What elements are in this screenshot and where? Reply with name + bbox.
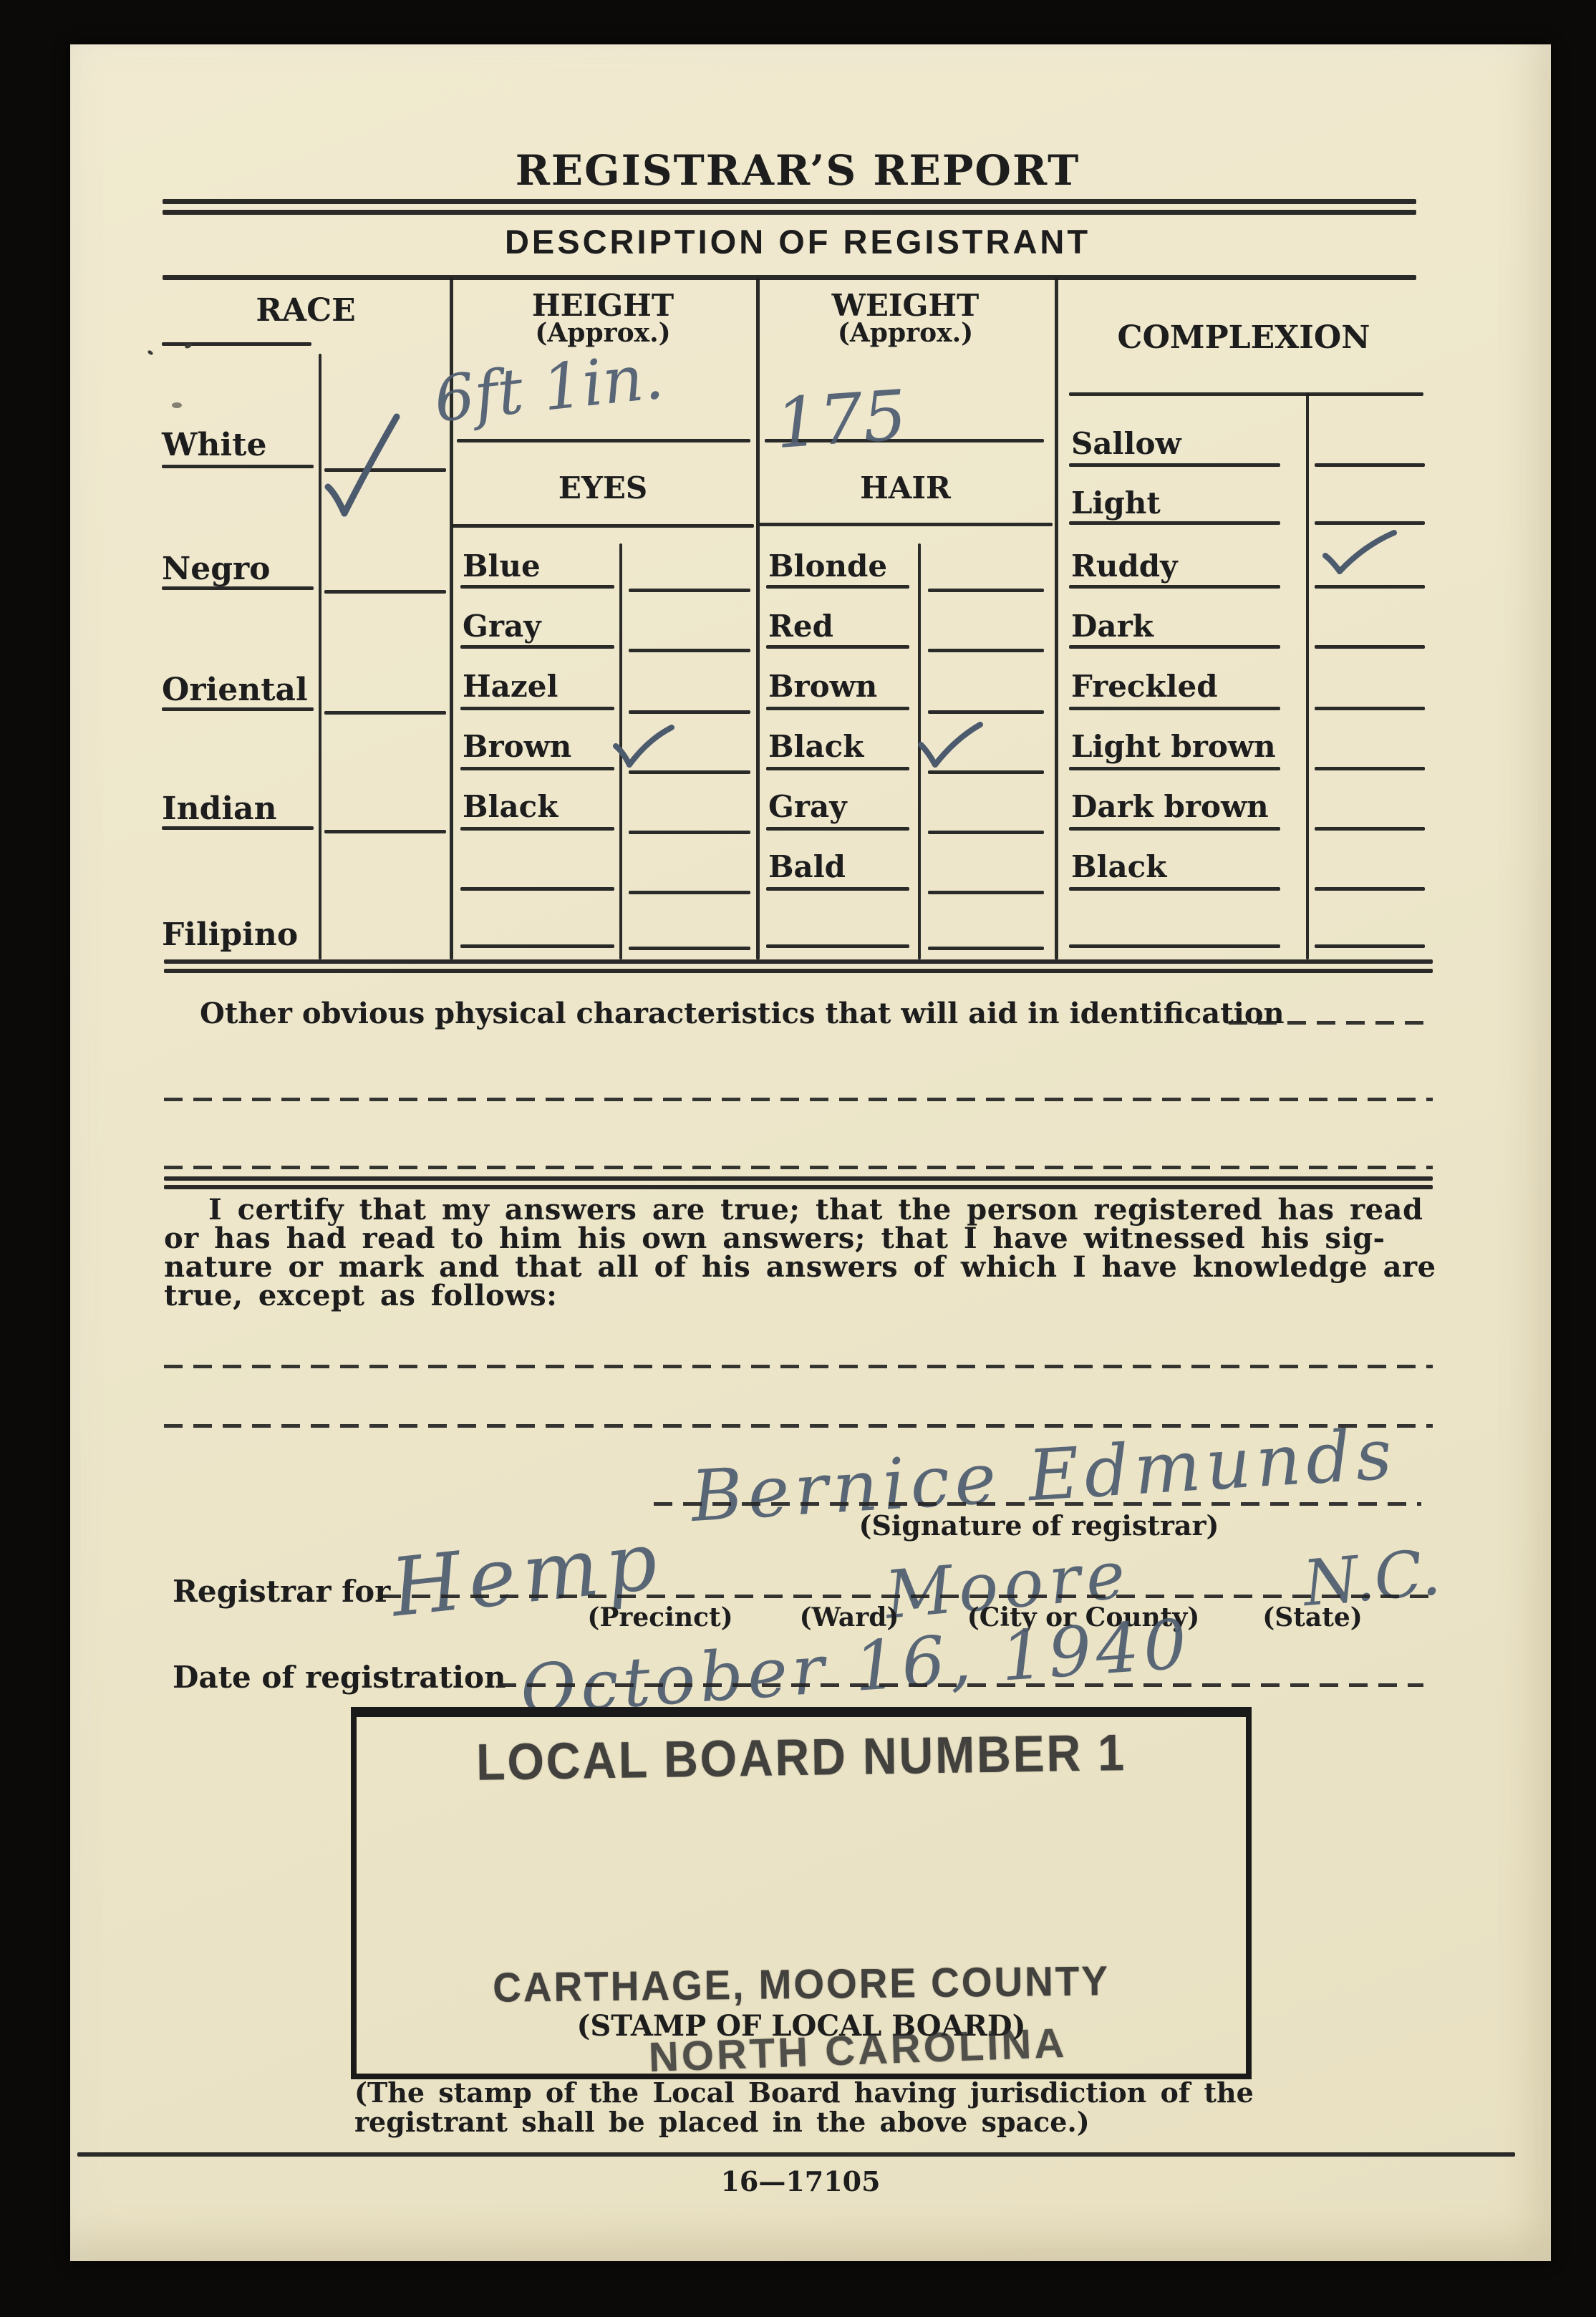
height-value: 6ft 1in. [430,339,667,437]
height-weight-border [756,278,760,959]
complexion-check-line [1315,827,1425,831]
date-of-registration-label: Date of registration [173,1660,506,1695]
complexion-check-line [1315,944,1425,948]
complexion-option-label: Dark brown [1071,789,1269,824]
eyes-header: EYES [450,470,756,506]
complexion-check-line [1315,463,1425,467]
scanned-draft-card: REGISTRAR’S REPORT DESCRIPTION OF REGIST… [0,0,1596,2317]
registrar-for-line [382,1595,1433,1598]
eyes-header-rule [452,524,754,528]
complexion-header: COMPLEXION [1055,319,1433,356]
race-check-line [324,590,446,594]
race-option-label: Indian [162,790,277,827]
race-row-line [162,707,314,711]
header-rule-top [163,199,1416,204]
eyes-row-line [460,585,614,589]
complexion-row-line [1069,645,1280,649]
weight-value: 175 [773,375,909,465]
eyes-check-line [629,649,750,652]
complexion-option-label: Light brown [1071,729,1276,764]
answer-dashed-line [164,1166,1433,1169]
hair-header-rule [759,523,1053,526]
stamp-note-line1: (The stamp of the Local Board having jur… [354,2076,1254,2109]
race-header: RACE [162,292,450,329]
hair-option-label: Gray [768,789,847,824]
race-option-label: Filipino [162,916,298,953]
answer-dashed-line [164,1098,1433,1101]
eyes-row-line [460,645,614,649]
hair-check-line [928,831,1044,834]
race-row-line [162,586,314,590]
section-rule [163,275,1416,280]
eyes-row-line [460,887,614,891]
race-white-checkmark-icon [312,410,409,528]
eyes-check-line [629,710,750,714]
height-answer-line [457,439,750,442]
hair-check-line [928,710,1044,714]
hair-row-line [766,827,909,831]
eyes-check-line [629,831,750,834]
complexion-option-label: Black [1071,849,1166,884]
complexion-option-label: Light [1071,485,1161,521]
eyes-option-label: Black [463,789,558,824]
hair-option-label: Blonde [768,548,887,584]
race-row-line [162,465,314,468]
hair-row-line [766,887,909,891]
eyes-option-label: Hazel [463,669,558,704]
eyes-option-label: Brown [463,729,571,764]
complexion-check-line [1315,645,1425,649]
registrar-report-card: REGISTRAR’S REPORT DESCRIPTION OF REGIST… [70,44,1551,2261]
footer-rule [77,2152,1515,2157]
state-sublabel: (State) [1241,1602,1384,1632]
hair-check-line [928,649,1044,652]
race-check-line [324,830,446,833]
weight-complexion-border [1055,278,1058,959]
eyes-check-line [629,891,750,894]
complexion-row-line [1069,887,1280,891]
race-option-label: Oriental [162,672,308,708]
hair-black-checkmark-icon [914,719,985,775]
eyes-option-label: Gray [463,609,541,644]
hair-header: HAIR [756,470,1055,506]
complexion-check-line [1315,707,1425,710]
form-number: 16—17105 [622,2165,980,2197]
race-row-line [162,826,314,830]
complexion-option-label: Dark [1071,609,1154,644]
hair-check-line [928,947,1044,950]
stamp-board-number: LOCAL BOARD NUMBER 1 [387,1722,1216,1794]
complexion-row-line [1069,463,1280,467]
stamp-note-line2: registrant shall be placed in the above … [354,2106,1090,2138]
cert-rule-bottom [164,1185,1433,1189]
race-check-line [324,711,446,715]
hair-check-line [928,891,1044,894]
eyes-option-label: Blue [463,548,541,584]
complexion-header-rule [1069,392,1423,396]
date-of-registration-line [498,1683,1423,1687]
hair-option-label: Bald [768,849,846,884]
eyes-check-line [629,947,750,950]
signature-caption: (Signature of registrar) [788,1509,1290,1542]
race-option-label: Negro [162,551,271,587]
complexion-option-label: Freckled [1071,669,1218,704]
complexion-row-line [1069,944,1280,948]
other-characteristics-label: Other obvious physical characteristics t… [200,997,1285,1030]
stamp-city-county: CARTHAGE, MOORE COUNTY [373,1955,1229,2013]
precinct-sublabel: (Precinct) [553,1602,768,1632]
hair-row-line [766,944,909,948]
hair-row-line [766,645,909,649]
cert-rule-top [164,1176,1433,1181]
hair-row-line [766,707,909,710]
ink-speck [172,402,182,408]
eyes-row-line [460,707,614,710]
complexion-option-label: Sallow [1071,426,1181,461]
eyes-row-line [460,944,614,948]
table-bottom-rule-top [164,959,1433,964]
complexion-check-line [1315,521,1425,525]
hair-option-label: Brown [768,669,877,704]
complexion-row-line [1069,521,1280,525]
complexion-option-label: Ruddy [1071,548,1178,584]
complexion-check-line [1315,887,1425,891]
race-option-label: White [162,427,266,463]
section-title: DESCRIPTION OF REGISTRANT [163,222,1433,261]
complexion-row-line [1069,767,1280,770]
table-bottom-rule-bottom [164,969,1433,973]
header-rule-bottom [163,210,1416,215]
eyes-check-line [629,589,750,592]
complexion-check-line [1315,585,1425,589]
hair-row-line [766,767,909,770]
other-characteristics-fill-dashes [1229,1021,1433,1025]
certification-line: true, except as follows: [164,1279,557,1312]
hair-option-label: Red [768,609,833,644]
hair-option-label: Black [768,729,864,764]
signature-line [654,1502,1421,1506]
page-title: REGISTRAR’S REPORT [163,146,1433,195]
eyes-row-line [460,767,614,770]
complexion-check-line [1315,767,1425,770]
hair-check-line [928,589,1044,592]
ink-speck [147,349,153,356]
complexion-row-line [1069,827,1280,831]
hair-row-line [766,585,909,589]
registrar-for-label: Registrar for [173,1574,390,1609]
height-approx-label: (Approx.) [450,318,756,348]
complexion-ruddy-checkmark-icon [1320,526,1400,581]
exceptions-dashed-line [164,1365,1433,1368]
complexion-row-line [1069,707,1280,710]
complexion-check-divider [1306,392,1309,959]
eyes-row-line [460,827,614,831]
weight-approx-label: (Approx.) [756,318,1055,348]
complexion-row-line [1069,585,1280,589]
eyes-brown-checkmark-icon [609,722,677,773]
